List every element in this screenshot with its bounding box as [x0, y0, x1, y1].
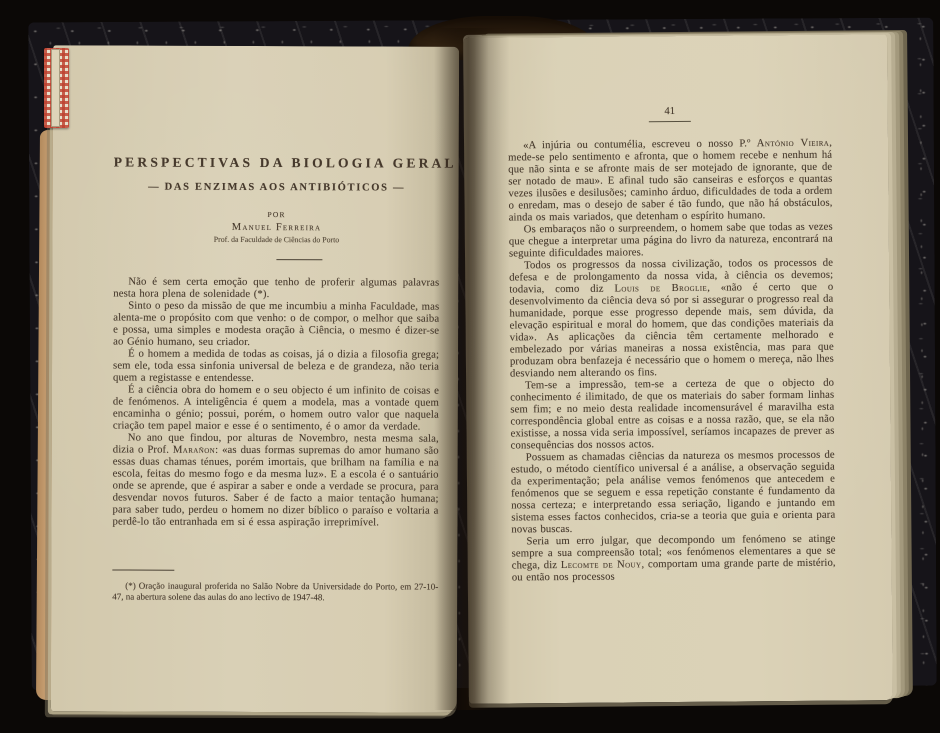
paragraph: Não é sem certa emoção que tenho de prof… — [113, 276, 439, 301]
left-page-body: Não é sem certa emoção que tenho de prof… — [112, 276, 439, 529]
paragraph: No ano que findou, por alturas de Novemb… — [112, 432, 438, 529]
author-affiliation: Prof. da Faculdade de Ciências do Porto — [113, 235, 439, 245]
paragraph: Todos os progressos da nossa civilização… — [509, 257, 834, 380]
paragraph: «A injúria ou contumélia, escreveu o nos… — [508, 137, 833, 224]
byline-label: POR — [114, 210, 440, 220]
page-number: 41 — [508, 105, 832, 124]
paragraph: Os embaraços não o surpreendem, o homem … — [509, 221, 833, 260]
paragraph: É a ciência obra do homem e o seu object… — [113, 384, 439, 433]
book-scan: { "colors":{ "background":"#0b0806", "pa… — [0, 0, 940, 733]
author-name: Manuel Ferreira — [114, 222, 440, 234]
bookmark-tab-strip — [52, 50, 59, 126]
page-title: PERSPECTIVAS DA BIOLOGIA GERAL — [114, 155, 440, 172]
paragraph: Tem-se a impressão, tem-se a certeza de … — [510, 377, 835, 452]
ornament-rule — [276, 259, 322, 260]
footnote: (*) Oração inaugural proferida no Salão … — [112, 581, 438, 604]
bookmark-tab — [44, 48, 69, 128]
footnote-rule — [112, 570, 174, 571]
paragraph: É o homem a medida de todas as coisas, j… — [113, 348, 439, 385]
page-subtitle: — DAS ENZIMAS AOS ANTIBIÓTICOS — — [114, 182, 440, 194]
right-page: 41 «A injúria ou contumélia, escreveu o … — [463, 34, 893, 704]
paragraph: Possuem as chamadas ciências da natureza… — [511, 449, 836, 536]
right-page-body: «A injúria ou contumélia, escreveu o nos… — [508, 137, 836, 584]
left-page: PERSPECTIVAS DA BIOLOGIA GERAL — DAS ENZ… — [51, 45, 459, 712]
paragraph: Seria um erro julgar, que decompondo um … — [511, 533, 835, 584]
paragraph: Sinto o peso da missão de que me incumbi… — [113, 300, 439, 349]
